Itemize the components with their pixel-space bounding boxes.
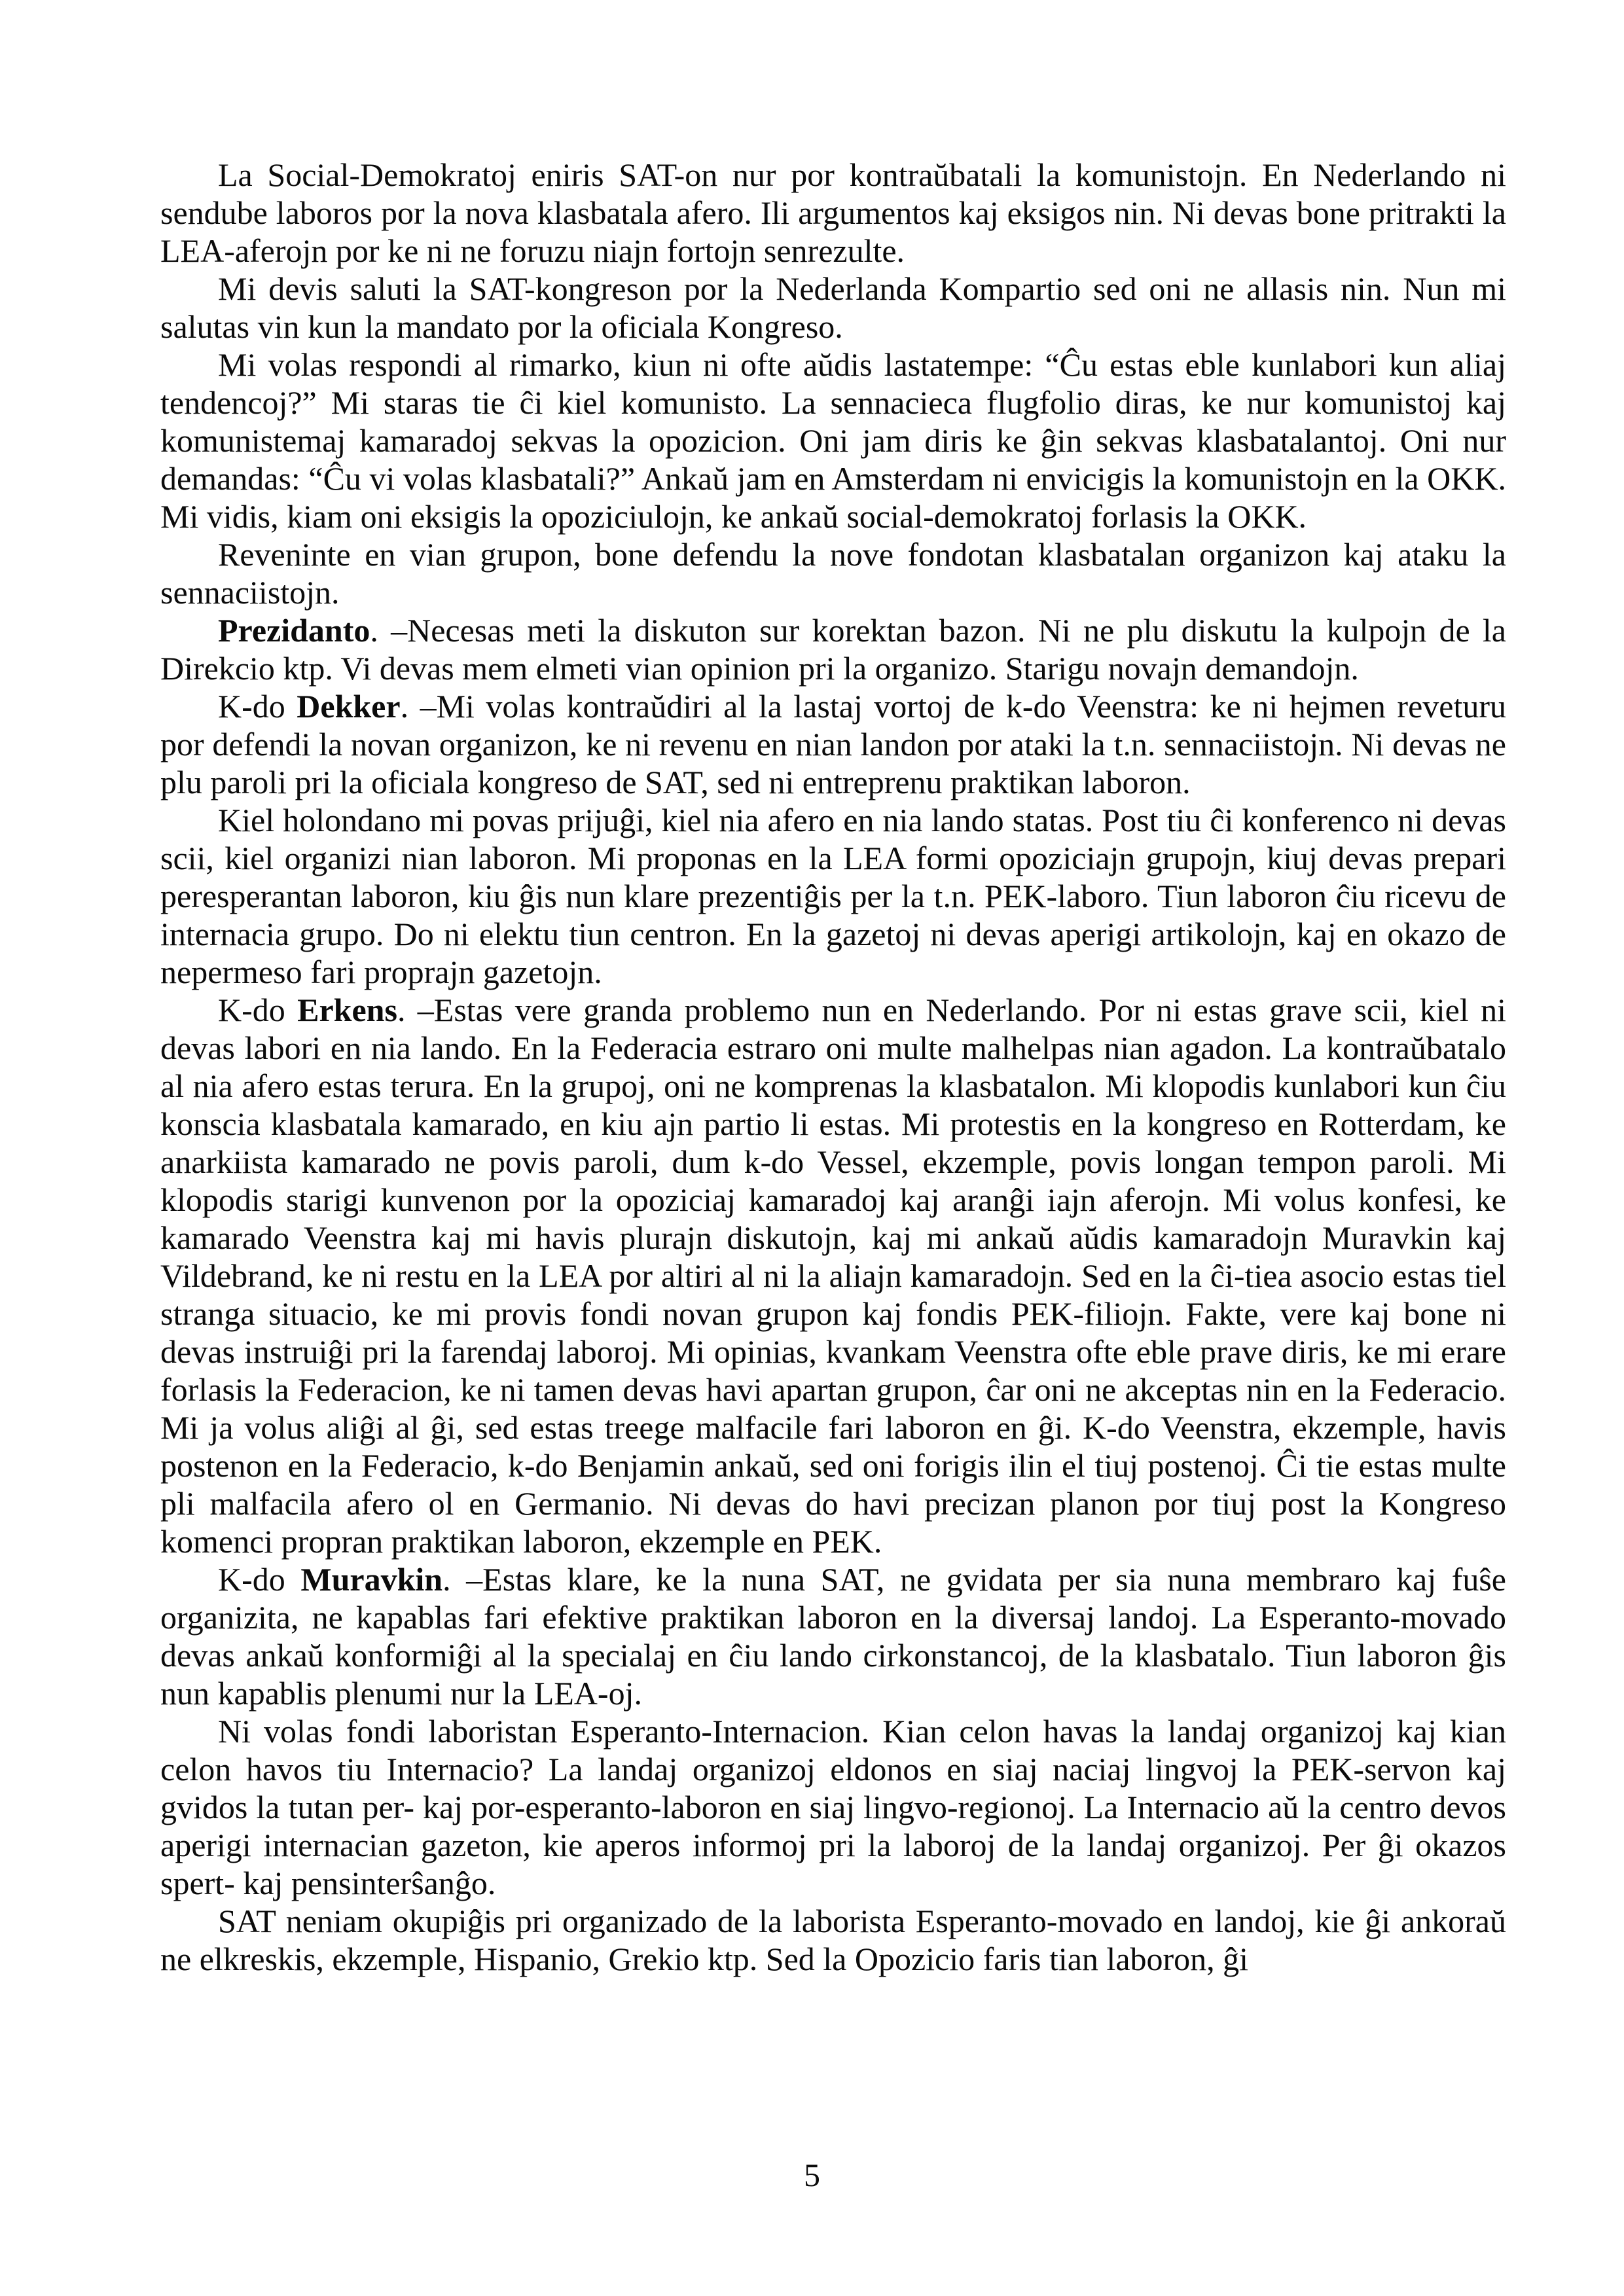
paragraph: Ni volas fondi laboristan Esperanto-Inte… xyxy=(160,1712,1506,1902)
paragraph: Mi volas respondi al rimarko, kiun ni of… xyxy=(160,346,1506,535)
text-block: La Social-Demokratoj eniris SAT-on nur p… xyxy=(160,156,1506,1978)
paragraph: K-do Erkens. –Estas vere granda problemo… xyxy=(160,991,1506,1560)
paragraph-text: SAT neniam okupiĝis pri organizado de la… xyxy=(160,1903,1506,1977)
speaker-name: Prezidanto xyxy=(218,612,370,649)
paragraph-text: K-do xyxy=(218,688,297,725)
page-number: 5 xyxy=(0,2156,1624,2194)
document-page: La Social-Demokratoj eniris SAT-on nur p… xyxy=(0,0,1624,2296)
speaker-name: Muravkin xyxy=(300,1561,442,1598)
paragraph: Mi devis saluti la SAT-kongreson por la … xyxy=(160,270,1506,346)
paragraph-text: Mi volas respondi al rimarko, kiun ni of… xyxy=(160,346,1506,535)
paragraph-text: K-do xyxy=(218,1561,300,1598)
paragraph-text: La Social-Demokratoj eniris SAT-on nur p… xyxy=(160,156,1506,269)
paragraph: K-do Muravkin. –Estas klare, ke la nuna … xyxy=(160,1560,1506,1712)
paragraph: SAT neniam okupiĝis pri organizado de la… xyxy=(160,1902,1506,1978)
speaker-name: Dekker xyxy=(297,688,400,725)
paragraph-text: Ni volas fondi laboristan Esperanto-Inte… xyxy=(160,1713,1506,1901)
paragraph: Reveninte en vian grupon, bone defendu l… xyxy=(160,535,1506,611)
paragraph: La Social-Demokratoj eniris SAT-on nur p… xyxy=(160,156,1506,270)
paragraph-text: Mi devis saluti la SAT-kongreson por la … xyxy=(160,270,1506,345)
paragraph-text: Kiel holondano mi povas prijuĝi, kiel ni… xyxy=(160,802,1506,990)
paragraph: Kiel holondano mi povas prijuĝi, kiel ni… xyxy=(160,801,1506,991)
paragraph-text: K-do xyxy=(218,992,297,1028)
paragraph-text: . –Estas vere granda problemo nun en Ned… xyxy=(160,992,1506,1560)
paragraph: K-do Dekker. –Mi volas kontraŭdiri al la… xyxy=(160,687,1506,801)
paragraph-text: Reveninte en vian grupon, bone defendu l… xyxy=(160,536,1506,611)
speaker-name: Erkens xyxy=(297,992,397,1028)
paragraph: Prezidanto. –Necesas meti la diskuton su… xyxy=(160,611,1506,687)
